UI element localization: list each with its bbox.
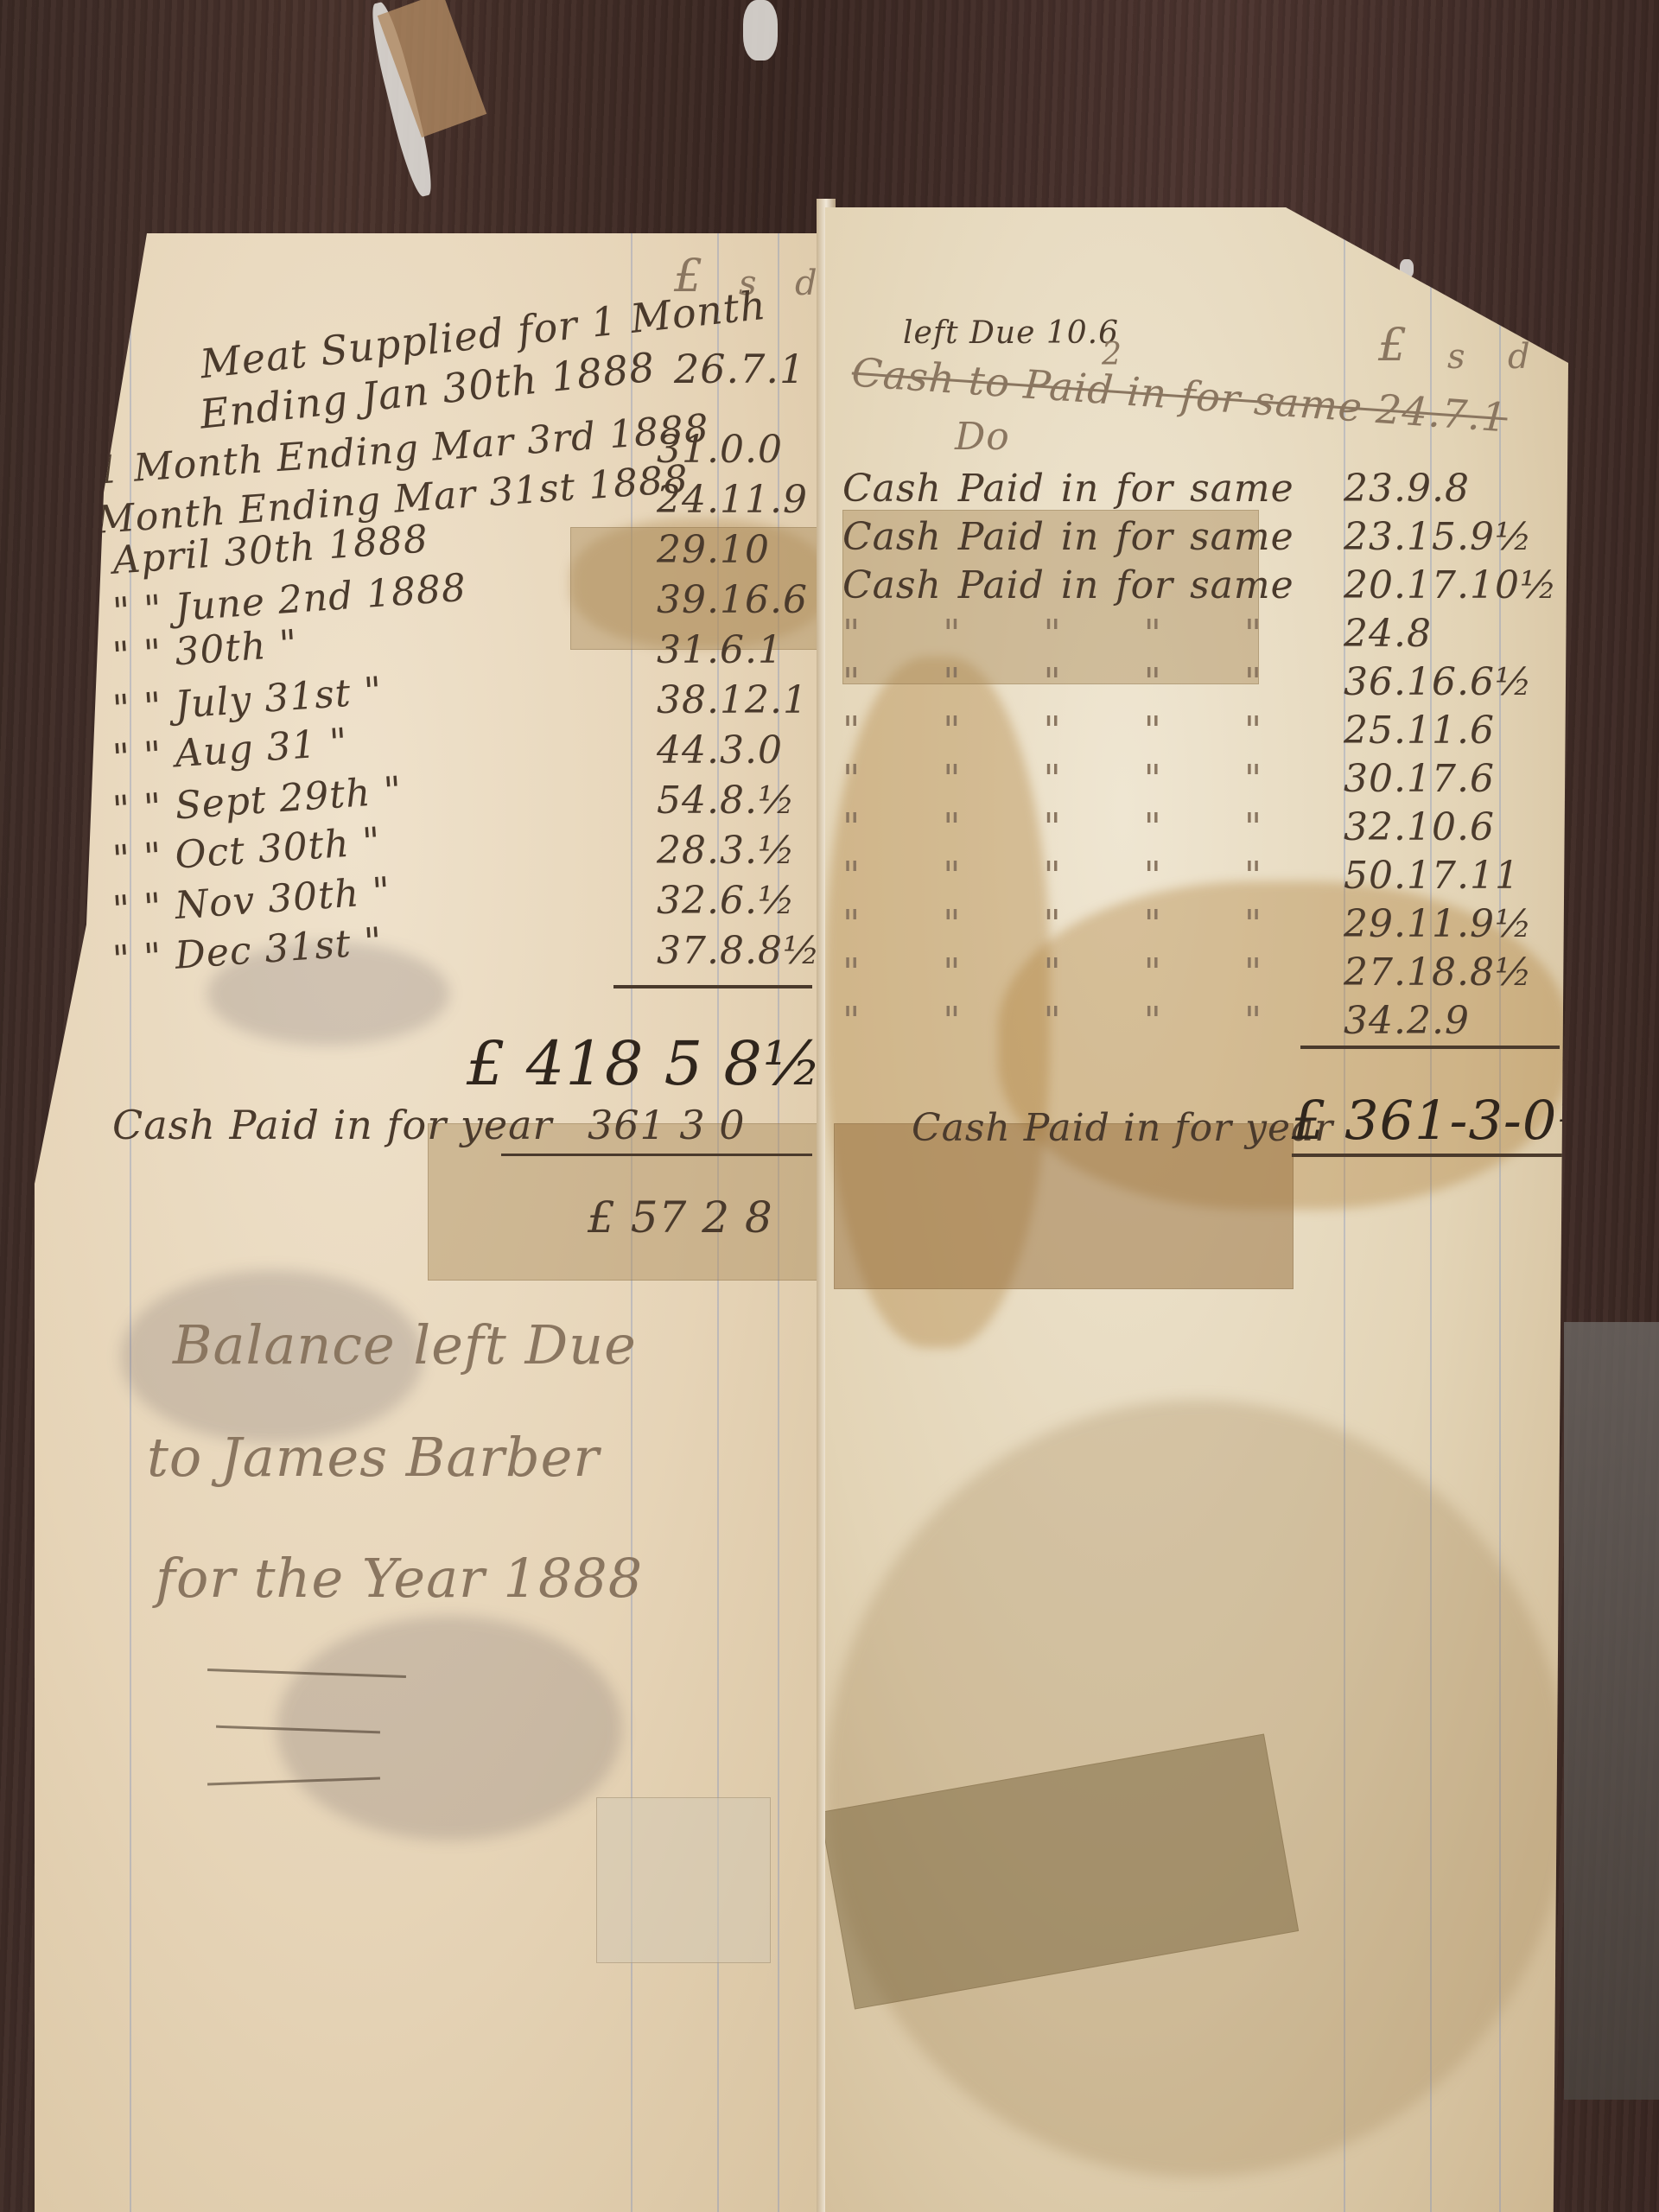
ledger-right-page: £ s d left Due 10.6 2 Cash to Paid in fo…	[825, 207, 1568, 2212]
col-header-pounds: £	[1378, 320, 1408, 372]
right-entry-label: Cash Paid in for same	[842, 563, 1294, 607]
left-entry-amount: 24.11.9	[657, 478, 808, 522]
cash-paid-label: Cash Paid in for year	[112, 1102, 552, 1148]
right-entry-label: " " " " "	[842, 854, 1262, 898]
title-amount: 26.7.1	[674, 346, 805, 392]
right-entry-label: " " " " "	[842, 805, 1262, 849]
left-total: £ 418 5 8½	[467, 1028, 823, 1099]
right-total: £ 361-3-0½	[1292, 1089, 1568, 1157]
right-entry-label: " " " " "	[842, 660, 1262, 704]
left-entry-amount: 29.10	[657, 528, 770, 572]
balance-note-2: to James Barber	[147, 1426, 600, 1489]
col-header-pence: d	[795, 264, 818, 303]
left-entry-amount: 54.8.½	[657, 779, 796, 823]
left-entry-amount: 37.8.8½	[657, 929, 821, 973]
right-entry-amount: 24.8	[1344, 612, 1432, 656]
left-entry-amount: 28.3.½	[657, 829, 796, 873]
left-entry-amount: 38.12.1	[657, 678, 808, 722]
right-entry-label: Cash Paid in for same	[842, 515, 1294, 559]
right-entry-label: Cash Paid in for same	[842, 467, 1294, 511]
right-entry-amount: 34.2.9	[1344, 999, 1470, 1043]
right-entry-amount: 36.16.6½	[1344, 660, 1533, 704]
left-entry-amount: 31.6.1	[657, 628, 783, 672]
ditto-line: Do	[955, 415, 1010, 459]
right-total-label: Cash Paid in for year	[912, 1106, 1333, 1150]
balance-note-1: Balance left Due	[173, 1313, 637, 1376]
left-entry-amount: 44.3.0	[657, 728, 783, 772]
cash-paid-amount: 361 3 0	[588, 1102, 746, 1148]
right-entry-amount: 23.15.9½	[1344, 515, 1533, 559]
ledger-left-page: £ s d Meat Supplied for 1 Month Ending J…	[35, 233, 829, 2212]
balance-amount: £ 57 2 8	[588, 1192, 773, 1243]
right-entry-amount: 23.9.8	[1344, 467, 1470, 511]
struck-line: Cash to Paid in for same 24.7.1	[850, 349, 1509, 442]
right-entry-amount: 20.17.10½	[1344, 563, 1558, 607]
left-entry-amount: 39.16.6	[657, 578, 808, 622]
right-entry-label: " " " " "	[842, 999, 1262, 1043]
right-entry-amount: 30.17.6	[1344, 757, 1495, 801]
col-header-pence: d	[1508, 337, 1531, 377]
right-entry-label: " " " " "	[842, 709, 1262, 753]
right-entry-label: " " " " "	[842, 757, 1262, 801]
right-entry-label: " " " " "	[842, 902, 1262, 946]
glass-pane	[1564, 1322, 1659, 2100]
right-entry-amount: 50.17.11	[1344, 854, 1520, 898]
repair-tape	[596, 1797, 771, 1963]
left-entry-amount: 32.6.½	[657, 879, 796, 923]
top-note: left Due 10.6	[903, 315, 1119, 351]
col-header-shillings: s	[1447, 337, 1466, 377]
paint-splash	[743, 0, 778, 60]
right-entry-label: " " " " "	[842, 612, 1262, 656]
right-entry-amount: 29.11.9½	[1344, 902, 1533, 946]
right-entry-amount: 25.11.6	[1344, 709, 1495, 753]
right-entry-amount: 32.10.6	[1344, 805, 1495, 849]
balance-note-3: for the Year 1888	[156, 1547, 643, 1610]
right-entry-label: " " " " "	[842, 950, 1262, 995]
right-entry-amount: 27.18.8½	[1344, 950, 1533, 995]
